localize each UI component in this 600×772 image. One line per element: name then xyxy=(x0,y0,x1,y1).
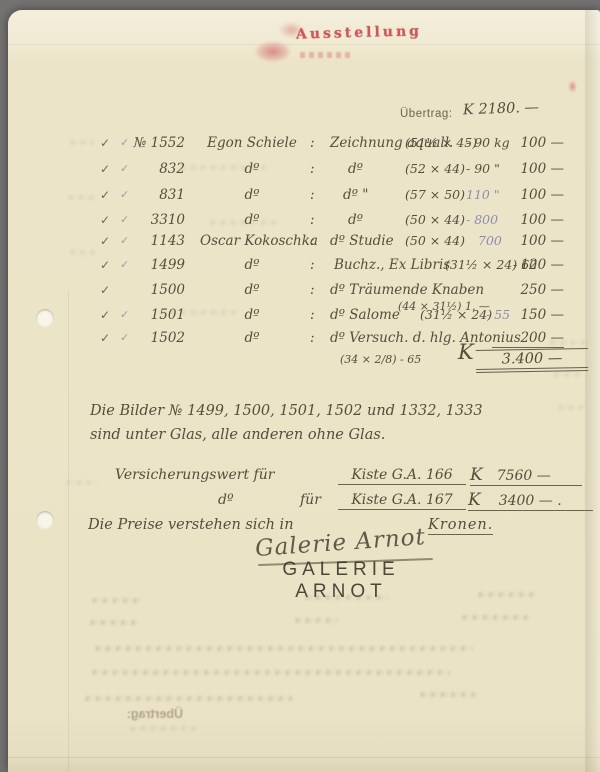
bleed-through-uebertrag: Übertrag: xyxy=(88,707,183,721)
bleed-through-mark xyxy=(90,670,450,675)
item-number: 1501 xyxy=(113,306,185,324)
work-description: dº Träumende Knaben xyxy=(330,281,484,299)
price-value: 100 — xyxy=(492,186,564,204)
separator: : xyxy=(310,232,315,250)
work-description: Buchz., Ex Libris xyxy=(334,256,450,274)
table-row: ✓ ✓ № 1552 Egon Schiele : Zeichnung aqua… xyxy=(8,134,600,154)
item-number: 832 xyxy=(113,160,185,178)
price-value: 250 — xyxy=(492,281,564,299)
carryover-label: Übertrag: xyxy=(400,105,452,123)
total-line: (34 × 2/8) - 65 K 3.400 — xyxy=(8,349,600,375)
total-value: 3.400 — xyxy=(476,348,588,373)
amount-value: 7560 — xyxy=(497,468,551,484)
bleed-through-mark xyxy=(83,696,293,701)
separator: : xyxy=(310,306,315,324)
bleed-through-mark xyxy=(552,372,584,377)
insurance-mid: für xyxy=(300,491,321,509)
ditto-mark: dº xyxy=(218,491,234,509)
item-number: 1502 xyxy=(113,329,185,347)
checkmark-icon: ✓ xyxy=(100,160,110,178)
dimensions: (57 × 50) xyxy=(405,186,465,204)
bleed-through-mark xyxy=(88,620,138,625)
bleed-through-mark xyxy=(460,615,530,620)
table-row: ✓ ✓ 1499 dº : Buchz., Ex Libris (31½ × 2… xyxy=(8,256,600,276)
item-number: 831 xyxy=(113,186,185,204)
item-number: 1499 xyxy=(113,256,185,274)
scan-background: Ausstellung Übertrag: K 2180. — ✓ ✓ № 15… xyxy=(0,0,600,772)
currency-symbol: K xyxy=(470,465,483,485)
checkmark-icon: ✓ xyxy=(100,232,110,250)
table-row: ✓ ✓ 1501 dº : dº Salome (31½ × 24) - 55 … xyxy=(8,306,600,326)
price-value: 100 — xyxy=(492,232,564,250)
insurance-label: Versicherungswert für xyxy=(115,466,274,484)
ditto-mark: dº xyxy=(348,160,363,178)
bleed-through-mark xyxy=(303,595,388,600)
checkmark-icon: ✓ xyxy=(100,186,110,204)
bleed-through-mark xyxy=(476,592,536,597)
bleed-through-mark xyxy=(208,220,278,225)
checkmark-icon: ✓ xyxy=(100,134,110,152)
item-number: 3310 xyxy=(113,211,185,229)
bleed-through-mark xyxy=(128,726,198,731)
table-row: ✓ ✓ 832 dº : dº (52 × 44) - 90 " 100 — xyxy=(8,160,600,180)
price-value: 120 — xyxy=(492,256,564,274)
checkmark-icon: ✓ xyxy=(100,211,110,229)
work-description: dº Salome xyxy=(330,306,400,324)
dimensions: (31½ × 24) xyxy=(420,306,492,324)
separator: : xyxy=(310,186,315,204)
table-row: ✓ ✓ 1143 Oscar Kokoschka : dº Studie (50… xyxy=(8,232,600,252)
separator: : xyxy=(310,329,315,347)
document-page: Ausstellung Übertrag: K 2180. — ✓ ✓ № 15… xyxy=(8,10,600,772)
separator: : xyxy=(310,256,315,274)
currency-symbol: K xyxy=(468,490,481,510)
fold-crease xyxy=(8,757,600,758)
price-value: 100 — xyxy=(492,211,564,229)
fold-crease xyxy=(8,44,600,45)
price-value: 100 — xyxy=(492,160,564,178)
note-text: Die Preise verstehen sich in xyxy=(88,516,294,534)
bleed-through-mark xyxy=(90,598,142,603)
bleed-through-mark xyxy=(93,646,473,651)
crate-id: Kiste G.A. 166 xyxy=(338,466,466,485)
bleed-through-mark xyxy=(68,140,94,145)
bleed-through-mark xyxy=(66,195,96,200)
item-number: 1143 xyxy=(113,232,185,250)
separator: : xyxy=(310,281,315,299)
punch-hole xyxy=(36,511,54,529)
price-value: 150 — xyxy=(492,306,564,324)
note-text: sind unter Glas, alle anderen ohne Glas. xyxy=(90,426,385,444)
bleed-through-mark xyxy=(548,340,586,345)
item-number: 1500 xyxy=(113,281,185,299)
note-text: Die Bilder № 1499, 1500, 1501, 1502 und … xyxy=(90,402,483,420)
checkmark-icon: ✓ xyxy=(100,306,110,324)
punch-hole xyxy=(36,309,54,327)
insurance-line: dº für Kiste G.A. 167 K3400 — . xyxy=(8,491,600,511)
amount-value: 3400 — . xyxy=(499,493,562,509)
glass-note-line2: sind unter Glas, alle anderen ohne Glas. xyxy=(8,426,600,446)
ditto-mark: dº xyxy=(200,306,304,324)
dimensions: (52 × 44) xyxy=(405,160,465,178)
work-description: dº Studie xyxy=(330,232,394,250)
crate-id: Kiste G.A. 167 xyxy=(338,491,466,510)
ditto-mark: dº xyxy=(348,211,363,229)
dimensions: (50 × 44) xyxy=(405,232,465,250)
carryover-value: K 2180. — xyxy=(463,99,540,120)
ditto-mark: dº xyxy=(200,186,304,204)
total-dimensions: (34 × 2/8) - 65 xyxy=(340,351,421,369)
red-stamp-underline xyxy=(300,52,350,58)
insurance-amount: K3400 — . xyxy=(468,491,593,511)
bleed-through-mark xyxy=(68,250,96,255)
ausstellung-stamp: Ausstellung xyxy=(296,23,416,42)
bleed-through-mark xyxy=(418,692,478,697)
ditto-mark: dº xyxy=(200,256,304,274)
table-row: ✓ ✓ 831 dº : dº " (57 × 50) 110 " 100 — xyxy=(8,186,600,206)
ditto-mark: dº xyxy=(200,281,304,299)
glass-note-line1: Die Bilder № 1499, 1500, 1501, 1502 und … xyxy=(8,402,600,422)
bleed-through-mark xyxy=(293,618,338,623)
ditto-mark: dº " xyxy=(343,186,369,204)
price-value: 200 — xyxy=(492,329,564,348)
artist-name: Oscar Kokoschka xyxy=(200,232,304,250)
bleed-through-mark xyxy=(158,310,238,315)
item-number: № 1552 xyxy=(113,134,185,152)
artist-name: Egon Schiele xyxy=(200,134,304,152)
separator: : xyxy=(310,134,315,152)
dimensions: (50 × 44) xyxy=(405,211,465,229)
carryover-line: Übertrag: K 2180. — xyxy=(8,100,600,120)
separator: : xyxy=(310,160,315,178)
total-currency: K xyxy=(458,343,474,361)
ditto-mark: dº xyxy=(200,329,304,347)
checkmark-icon: ✓ xyxy=(100,329,110,347)
table-row: ✓ ✓ 1502 dº : dº Versuch. d. hlg. Antoni… xyxy=(8,329,600,349)
insurance-amount: K7560 — xyxy=(470,466,582,486)
separator: : xyxy=(310,211,315,229)
bleed-through-mark xyxy=(556,405,584,410)
checkmark-icon: ✓ xyxy=(100,281,110,299)
fold-crease xyxy=(68,290,69,772)
checkmark-icon: ✓ xyxy=(100,256,110,274)
page-edge-shadow xyxy=(586,10,600,772)
table-row: ✓ ✓ 3310 dº : dº (50 × 44) - 800 100 — xyxy=(8,211,600,231)
bleed-through-mark xyxy=(64,480,98,485)
price-value: 100 — xyxy=(492,134,564,152)
red-ink-dot xyxy=(568,80,577,93)
bleed-through-mark xyxy=(178,165,268,170)
